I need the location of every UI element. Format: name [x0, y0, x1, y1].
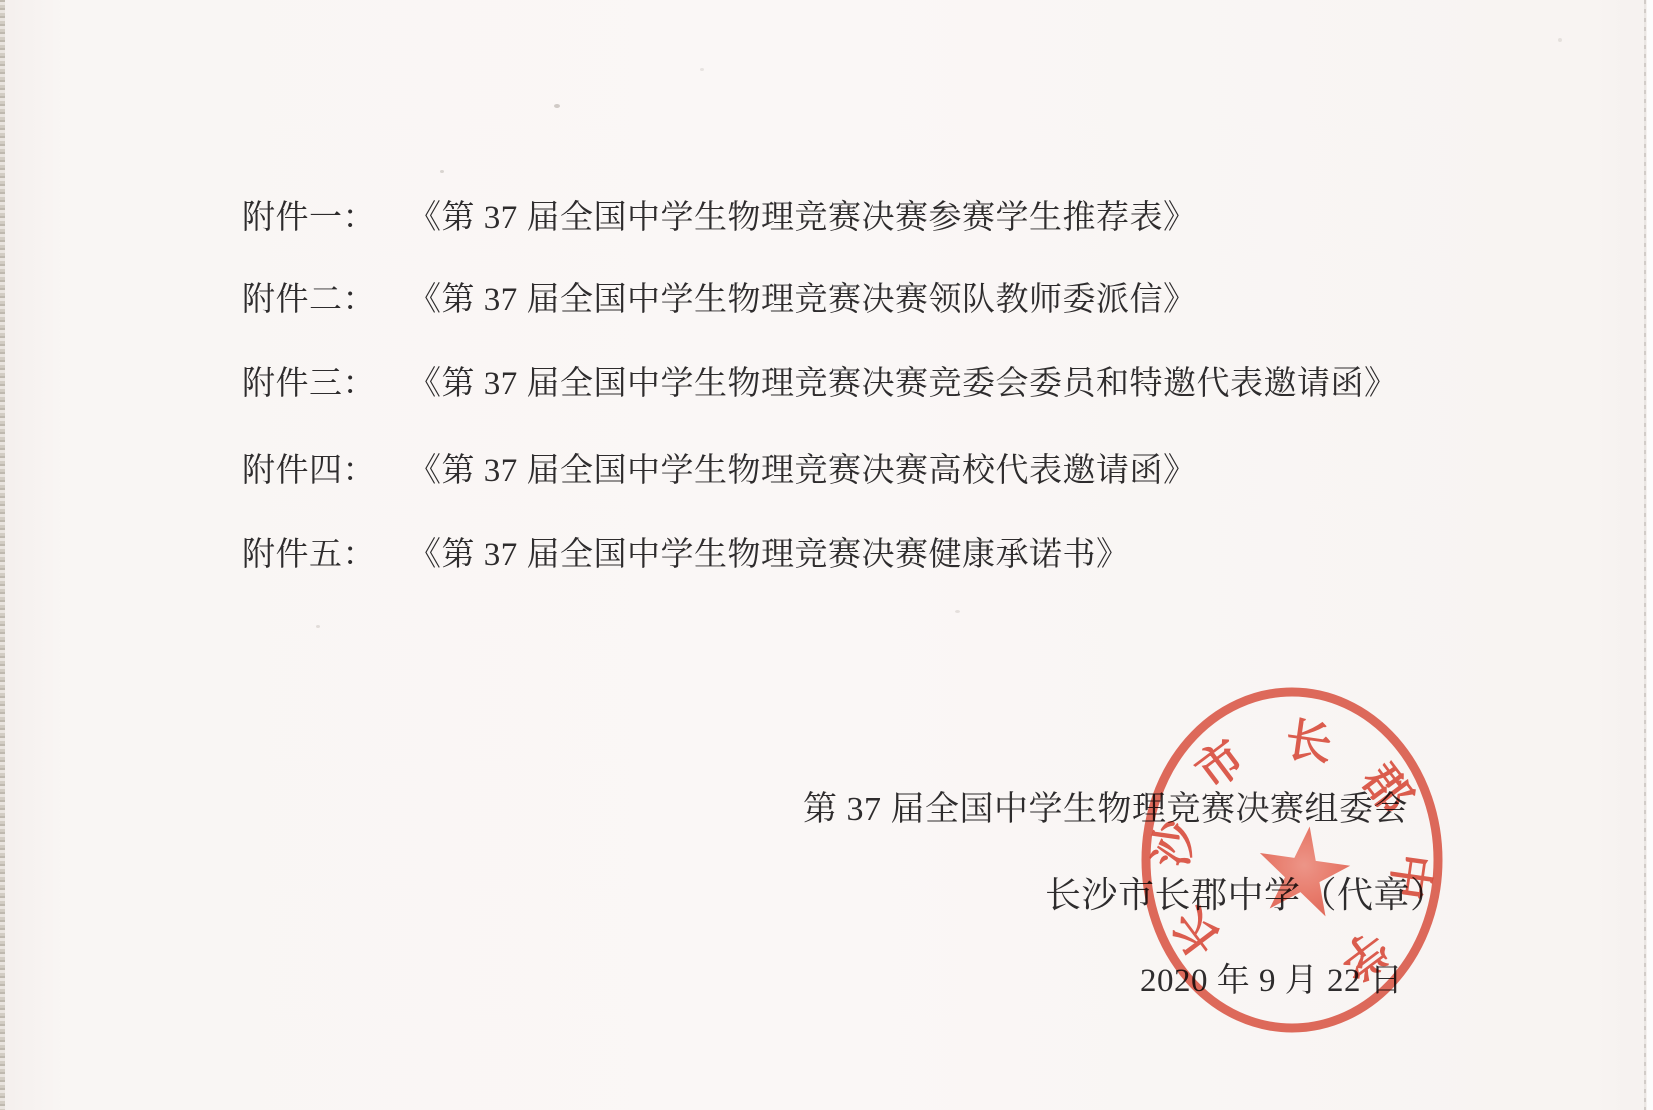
official-seal: 长 沙 市 长 郡 中 学: [1116, 660, 1476, 1060]
attachment-title: 《第 37 届全国中学生物理竞赛决赛高校代表邀请函》: [408, 453, 1197, 489]
seal-char: 长: [1282, 714, 1335, 771]
scan-speck: [316, 625, 320, 628]
attachment-item-2: 附件二：《第 37 届全国中学生物理竞赛决赛领队教师委派信》: [242, 282, 1197, 318]
scan-edge-right-strip: [1647, 0, 1653, 1110]
scan-speck: [1558, 38, 1562, 42]
scan-speck: [700, 68, 704, 71]
signature-school: 长沙市长郡中学（代章）: [1045, 876, 1447, 915]
attachment-label: 附件四：: [242, 453, 408, 489]
seal-char: 市: [1187, 731, 1254, 799]
attachment-title: 《第 37 届全国中学生物理竞赛决赛领队教师委派信》: [408, 282, 1197, 318]
attachment-item-4: 附件四：《第 37 届全国中学生物理竞赛决赛高校代表邀请函》: [242, 453, 1197, 489]
scan-speck: [955, 610, 960, 613]
attachment-label: 附件三：: [242, 366, 408, 402]
attachment-title: 《第 37 届全国中学生物理竞赛决赛竞委会委员和特邀代表邀请函》: [408, 366, 1398, 402]
scan-edge-right-line: [1644, 0, 1646, 1110]
scan-edge-left: [0, 0, 5, 1110]
attachment-item-5: 附件五：《第 37 届全国中学生物理竞赛决赛健康承诺书》: [242, 537, 1130, 573]
attachment-label: 附件一：: [242, 200, 408, 236]
attachment-label: 附件五：: [242, 537, 408, 573]
scan-speck: [554, 104, 560, 108]
signature-date: 2020 年 9 月 22 日: [1140, 963, 1403, 999]
signature-organization: 第 37 届全国中学生物理竞赛决赛组委会: [803, 791, 1408, 828]
attachment-title: 《第 37 届全国中学生物理竞赛决赛参赛学生推荐表》: [408, 200, 1197, 236]
attachment-item-3: 附件三：《第 37 届全国中学生物理竞赛决赛竞委会委员和特邀代表邀请函》: [242, 366, 1398, 402]
attachment-label: 附件二：: [242, 282, 408, 318]
attachment-title: 《第 37 届全国中学生物理竞赛决赛健康承诺书》: [408, 537, 1130, 573]
scan-speck: [440, 170, 444, 173]
attachment-item-1: 附件一：《第 37 届全国中学生物理竞赛决赛参赛学生推荐表》: [242, 200, 1197, 236]
scanned-document-page: 附件一：《第 37 届全国中学生物理竞赛决赛参赛学生推荐表》 附件二：《第 37…: [0, 0, 1653, 1110]
